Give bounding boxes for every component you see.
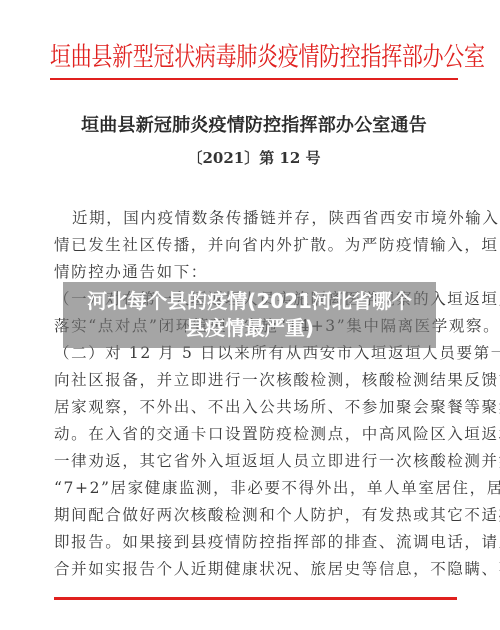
article-title: 河北每个县的疫情(2021河北省哪个县疫情最严重) [80,288,420,342]
notice-body: 近期，国内疫情数条传播链并存，陕西省西安市境外输入关联疫 情已发生社区传播，并向… [54,205,460,583]
body-line: 即报告。如果接到县疫情防控指挥部的排查、流调电话，请主动配 [54,529,460,556]
notice-document: 垣曲县新型冠状病毒肺炎疫情防控指挥部办公室 垣曲县新冠肺炎疫情防控指挥部办公室通… [0,0,500,630]
body-line: 向社区报备，并立即进行一次核酸检测，核酸检测结果反馈前必须 [54,367,460,394]
notice-title: 垣曲县新冠肺炎疫情防控指挥部办公室通告 [50,113,458,139]
document-number: 〔2021〕第 12 号 [50,147,458,169]
red-divider-top [50,78,458,80]
body-line: 动。在入省的交通卡口设置防疫检测点，中高风险区入垣返垣人员 [54,421,460,448]
body-line: “7+2”居家健康监测，非必要不得外出，单人单室居住，居家监测 [54,475,460,502]
red-divider-bottom [54,597,457,600]
body-line: 合并如实报告个人近期健康状况、旅居史等信息，不隐瞒、不谎报。 [54,556,460,583]
body-line: 居家观察，不外出、不出入公共场所、不参加聚会聚餐等聚集性活 [54,394,460,421]
body-line: 期间配合做好两次核酸检测和个人防护，有发热或其它不适症状立 [54,502,460,529]
issuing-office-header: 垣曲县新型冠状病毒肺炎疫情防控指挥部办公室 [50,33,458,81]
article-title-overlay: 河北每个县的疫情(2021河北省哪个县疫情最严重) [63,282,436,348]
body-line: 一律劝返，其它省外入垣返垣人员立即进行一次核酸检测并实施 [54,448,460,475]
body-line: 近期，国内疫情数条传播链并存，陕西省西安市境外输入关联疫 [54,205,460,232]
body-line: 情已发生社区传播，并向省内外扩散。为严防疫情输入，垣曲县疫 [54,232,460,259]
